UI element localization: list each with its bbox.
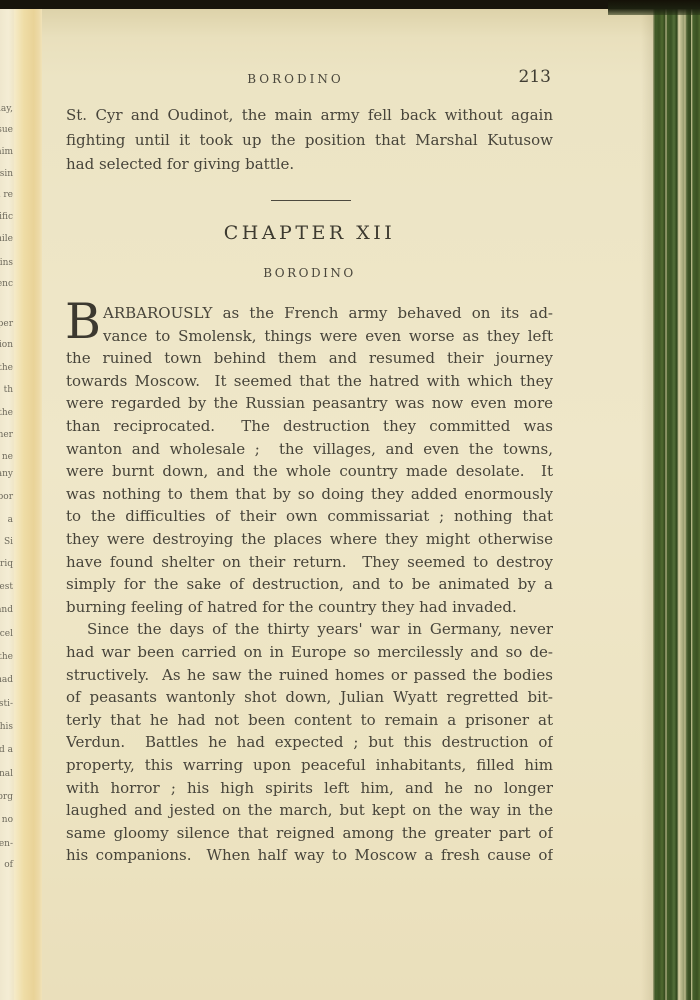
edge-text-fragment: ains	[0, 258, 13, 268]
edge-text-fragment: th	[4, 385, 13, 395]
book-photo: day,ssueaimssind rerificwhileainsencperx…	[0, 0, 700, 1000]
edge-text-fragment: any	[0, 469, 13, 479]
edge-text-fragment: per	[0, 319, 13, 329]
text-line: simply for the sake of destruction, and …	[66, 573, 553, 596]
edge-text-fragment: oor	[0, 492, 13, 502]
page-edge-band	[14, 8, 42, 1000]
text-line: the ruined town behind them and resumed …	[66, 347, 553, 370]
text-line: laughed and jested on the march, but kep…	[66, 799, 553, 822]
edge-text-fragment: ssue	[0, 125, 13, 135]
text-line: have found shelter on their return. They…	[66, 551, 553, 574]
edge-text-fragment: , his	[0, 722, 13, 732]
top-dark-band-corner	[608, 0, 700, 15]
edge-text-fragment: ssin	[0, 169, 13, 179]
edge-text-fragment: nal	[0, 769, 13, 779]
text-line: ARBAROUSLY as the French army behaved on…	[66, 302, 553, 325]
edge-text-fragment: of	[4, 860, 13, 870]
edge-text-fragment: l the	[0, 652, 13, 662]
edge-text-fragment: enc	[0, 279, 13, 289]
text-line: his companions. When half way to Moscow …	[66, 844, 553, 867]
edge-text-fragment: day,	[0, 104, 13, 114]
edge-text-fragment: d re	[0, 190, 13, 200]
text-line: were regarded by the Russian peasantry w…	[66, 392, 553, 415]
text-line: Since the days of the thirty years' war …	[66, 618, 553, 641]
paragraph-1: B ARBAROUSLY as the French army behaved …	[66, 302, 553, 618]
edge-text-fragment: test	[0, 582, 13, 592]
top-dark-band	[0, 0, 700, 9]
text-line: with horror ; his high spirits left him,…	[66, 777, 553, 800]
edge-text-fragment: org	[0, 792, 13, 802]
text-line: Verdun. Battles he had expected ; but th…	[66, 731, 553, 754]
chapter-heading: CHAPTER XII	[66, 222, 553, 244]
underlying-page-edge: day,ssueaimssind rerificwhileainsencperx…	[0, 8, 14, 1000]
fore-edge-green-pages	[653, 0, 700, 1000]
text-line: St. Cyr and Oudinot, the main army fell …	[66, 103, 553, 128]
book-page: BORODINO 213 St. Cyr and Oudinot, the ma…	[42, 8, 655, 1000]
text-line: towards Moscow. It seemed that the hatre…	[66, 370, 553, 393]
edge-text-fragment: a	[8, 515, 13, 525]
edge-text-fragment: rific	[0, 212, 13, 222]
edge-text-fragment: Si	[4, 537, 13, 547]
drop-cap: B	[65, 297, 101, 346]
text-line: had war been carried on in Europe so mer…	[66, 641, 553, 664]
paragraph-2: Since the days of the thirty years' war …	[66, 618, 553, 867]
page-number: 213	[519, 67, 551, 87]
edge-text-fragment: riq	[0, 559, 13, 569]
text-line: property, this warring upon peaceful inh…	[66, 754, 553, 777]
text-line: to the difficulties of their own commiss…	[66, 505, 553, 528]
drop-cap-lines: ARBAROUSLY as the French army behaved on…	[66, 302, 553, 347]
edge-text-fragment: y the	[0, 408, 13, 418]
edge-text-fragment: xcel	[0, 629, 13, 639]
edge-text-fragment: ner	[0, 430, 13, 440]
edge-text-fragment: ed a	[0, 745, 13, 755]
text-line: burning feeling of hatred for the countr…	[66, 596, 553, 619]
chapter-subheading: BORODINO	[66, 266, 553, 280]
text-line: was nothing to them that by so doing the…	[66, 483, 553, 506]
edge-text-fragment: en-	[0, 839, 13, 849]
text-line: wanton and wholesale ; the villages, and…	[66, 438, 553, 461]
text-line: were burnt down, and the whole country m…	[66, 460, 553, 483]
edge-text-fragment: no	[2, 815, 13, 825]
text-line: of peasants wantonly shot down, Julian W…	[66, 686, 553, 709]
text-block: BORODINO 213 St. Cyr and Oudinot, the ma…	[66, 8, 553, 1000]
text-line: they were destroying the places where th…	[66, 528, 553, 551]
text-line: structively. As he saw the ruined homes …	[66, 664, 553, 687]
edge-text-fragment: and	[0, 605, 13, 615]
text-line: fighting until it took up the position t…	[66, 128, 553, 153]
edge-text-fragment: aim	[0, 147, 13, 157]
text-line: same gloomy silence that reigned among t…	[66, 822, 553, 845]
edge-text-fragment: , the	[0, 363, 13, 373]
edge-text-fragment: ne	[2, 452, 13, 462]
edge-text-fragment: xion	[0, 340, 13, 350]
edge-text-fragment: had	[0, 675, 13, 685]
running-head: BORODINO	[52, 72, 539, 86]
edge-text-fragment: sti-	[0, 699, 13, 709]
text-line: had selected for giving battle.	[66, 152, 553, 177]
fore-edge-light-gap	[679, 0, 688, 1000]
text-line: vance to Smolensk, things were even wors…	[66, 325, 553, 348]
section-divider-rule	[271, 200, 351, 201]
edge-text-fragment: while	[0, 234, 13, 244]
opening-paragraph: St. Cyr and Oudinot, the main army fell …	[66, 103, 553, 177]
text-line: than reciprocated. The destruction they …	[66, 415, 553, 438]
text-line: terly that he had not been content to re…	[66, 709, 553, 732]
